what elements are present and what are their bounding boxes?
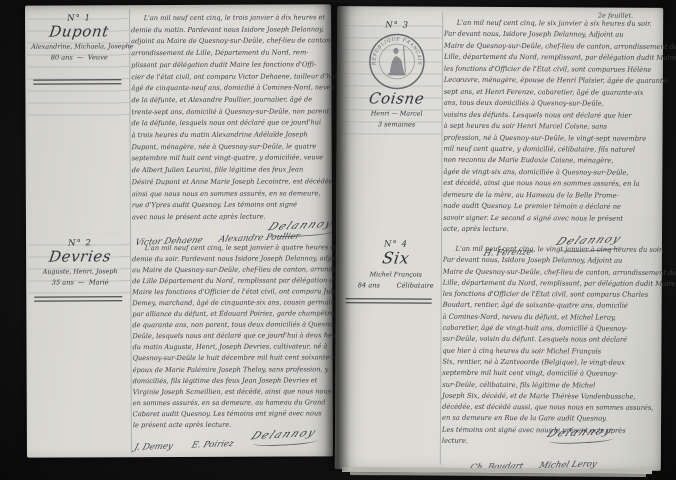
entry-number: N° 3: [345, 20, 449, 31]
entry-surname: Six: [343, 249, 450, 268]
handwritten-line: demie du matin. Pardevant nous Isidore J…: [131, 24, 325, 37]
handwritten-line: Deûle, lesquels nous ont déclaré que ce …: [132, 331, 326, 343]
handwritten-line: Quesnoy-sur-Deûle le huit décembre mil h…: [133, 353, 327, 365]
handwritten-line: de la défunte, lesquels nous ont déclaré…: [132, 118, 326, 131]
handwritten-line: de quarante ans, non parent, tous deux d…: [132, 320, 326, 332]
handwritten-line: domiciliés, fils légitime des feux Jean …: [133, 375, 327, 387]
entry-details: 35 ans — Marié: [32, 278, 128, 287]
handwritten-line: L'an mil neuf cent cinq, le sept janvier…: [132, 242, 326, 254]
handwritten-line: arrondissement de Lille, Département du …: [131, 47, 325, 60]
handwritten-line: Demey, marchand, âgé de cinquante-six an…: [132, 298, 326, 310]
handwritten-line: du matin Auguste, Henri, Joseph Devries,…: [132, 342, 326, 354]
record-1-text: L'an mil neuf cent cinq, le trois janvie…: [131, 12, 332, 224]
separator-rule: [33, 79, 121, 84]
entry-surname: Dupont: [30, 23, 128, 39]
official-signature-2: Delannoy: [253, 428, 317, 445]
margin-annotation-2: N° 2 Devries Auguste, Henri, Joseph 35 a…: [32, 238, 128, 287]
entry-surname: Coisne: [344, 90, 450, 107]
entry-surname: Devries: [31, 248, 129, 264]
entry-details: 80 ans — Veuve: [31, 53, 127, 62]
handwritten-line: cier de l'état civil, ont comparu Victor…: [131, 71, 325, 84]
handwritten-line: de Albert Julien Leurini, fille légitime…: [132, 164, 326, 177]
entry-given-names: Michel François: [344, 270, 448, 279]
handwritten-line: Désiré Dupont et Anne Marie Joseph Lecoi…: [132, 176, 326, 189]
handwritten-line: septembre mil huit cent vingt-quatre, y …: [132, 153, 326, 166]
handwritten-line: âgé de cinquante-neuf ans, domicilié à C…: [131, 83, 325, 96]
handwritten-line: à trois heures du matin Alexandrine Adél…: [132, 129, 326, 142]
left-page: N° 1 Dupont Alexandrine, Michaela, Josep…: [25, 4, 333, 457]
handwritten-line: rue d'Ypres audit Quesnoy. Les témoins o…: [132, 200, 326, 213]
right-page: 2e feuillet. N° 3 RÉPUBLIQUE FRANÇAISE C…: [335, 6, 663, 471]
handwritten-line: Dupont, ménagère, née à Quesnoy-sur-Deûl…: [132, 141, 326, 154]
handwritten-line: trente-sept ans, domicilié à Quesnoy-sur…: [131, 106, 325, 119]
record-2-text: L'an mil neuf cent cinq, le sept janvier…: [132, 242, 333, 431]
handwritten-line: adjoint au Maire de Quesnoy-sur-Deûle, c…: [131, 36, 325, 49]
handwritten-line: L'an mil neuf cent cinq, le trois janvie…: [131, 12, 325, 25]
record-4-text: L'an mil neuf cent cinq, le vingt janvie…: [442, 244, 659, 448]
handwritten-line: Cabaret audit Quesnoy. Les témoins ont s…: [133, 408, 327, 420]
record-3-text: L'an mil neuf cent cinq, le six janvier …: [443, 18, 658, 237]
separator-rule: [346, 298, 432, 303]
handwritten-line: Virginie Joseph Scmeillien, est décédé, …: [133, 386, 327, 398]
margin-annotation-4: N° 4 Six Michel François 84 ans Célibata…: [344, 239, 448, 291]
handwritten-line: en sommes assurés, en sa demeure, au ham…: [133, 397, 327, 409]
seated-figure-icon: [388, 46, 405, 76]
margin-annotation-3: N° 3 RÉPUBLIQUE FRANÇAISE Coisne Henri —…: [345, 20, 450, 130]
handwritten-line: au Maire de Quesnoy-sur-Deûle, chef-lieu…: [132, 264, 326, 276]
register-scan: N° 1 Dupont Alexandrine, Michaela, Josep…: [0, 0, 676, 480]
handwritten-line: demie du soir. Pardevant nous Isidore Jo…: [132, 253, 326, 265]
entry-details: 84 ans Célibataire: [344, 281, 448, 291]
handwritten-line: plissant par délégation dudit Maire les …: [131, 59, 325, 72]
entry-details: 3 semaines: [345, 120, 449, 130]
entry-given-names: Alexandrine, Michaela, Josephe: [31, 42, 127, 50]
handwritten-line: de Lille Département du Nord, remplissan…: [132, 275, 326, 287]
handwritten-line: Maire les fonctions d'Officier de l'état…: [132, 287, 326, 299]
handwritten-line: de la défunte, et Alexandre Poullier, jo…: [131, 94, 325, 107]
margin-annotation-1: N° 1 Dupont Alexandrine, Michaela, Josep…: [31, 13, 127, 62]
entry-given-names: Auguste, Henri, Joseph: [32, 267, 128, 275]
handwritten-line: époux de Marie Palémire Joseph Theloy, s…: [133, 364, 327, 376]
republique-francaise-seal-icon: RÉPUBLIQUE FRANÇAISE: [368, 32, 426, 90]
handwritten-line: par alliance du défunt, et Édouard Poiri…: [132, 309, 326, 321]
record-2-signatures: J. Demey E. Poiriez: [135, 433, 233, 452]
official-signature-1: Delannoy: [270, 219, 334, 236]
signature-flourish: [549, 434, 613, 445]
handwritten-line: ainsi que nous nous en sommes assurés, e…: [132, 188, 326, 201]
witness-signatures: J. Demey E. Poiriez: [133, 439, 235, 453]
entry-given-names: Henri — Marcel: [345, 109, 449, 118]
official-signature-4: Delannoy: [549, 426, 613, 443]
separator-rule: [34, 296, 122, 301]
